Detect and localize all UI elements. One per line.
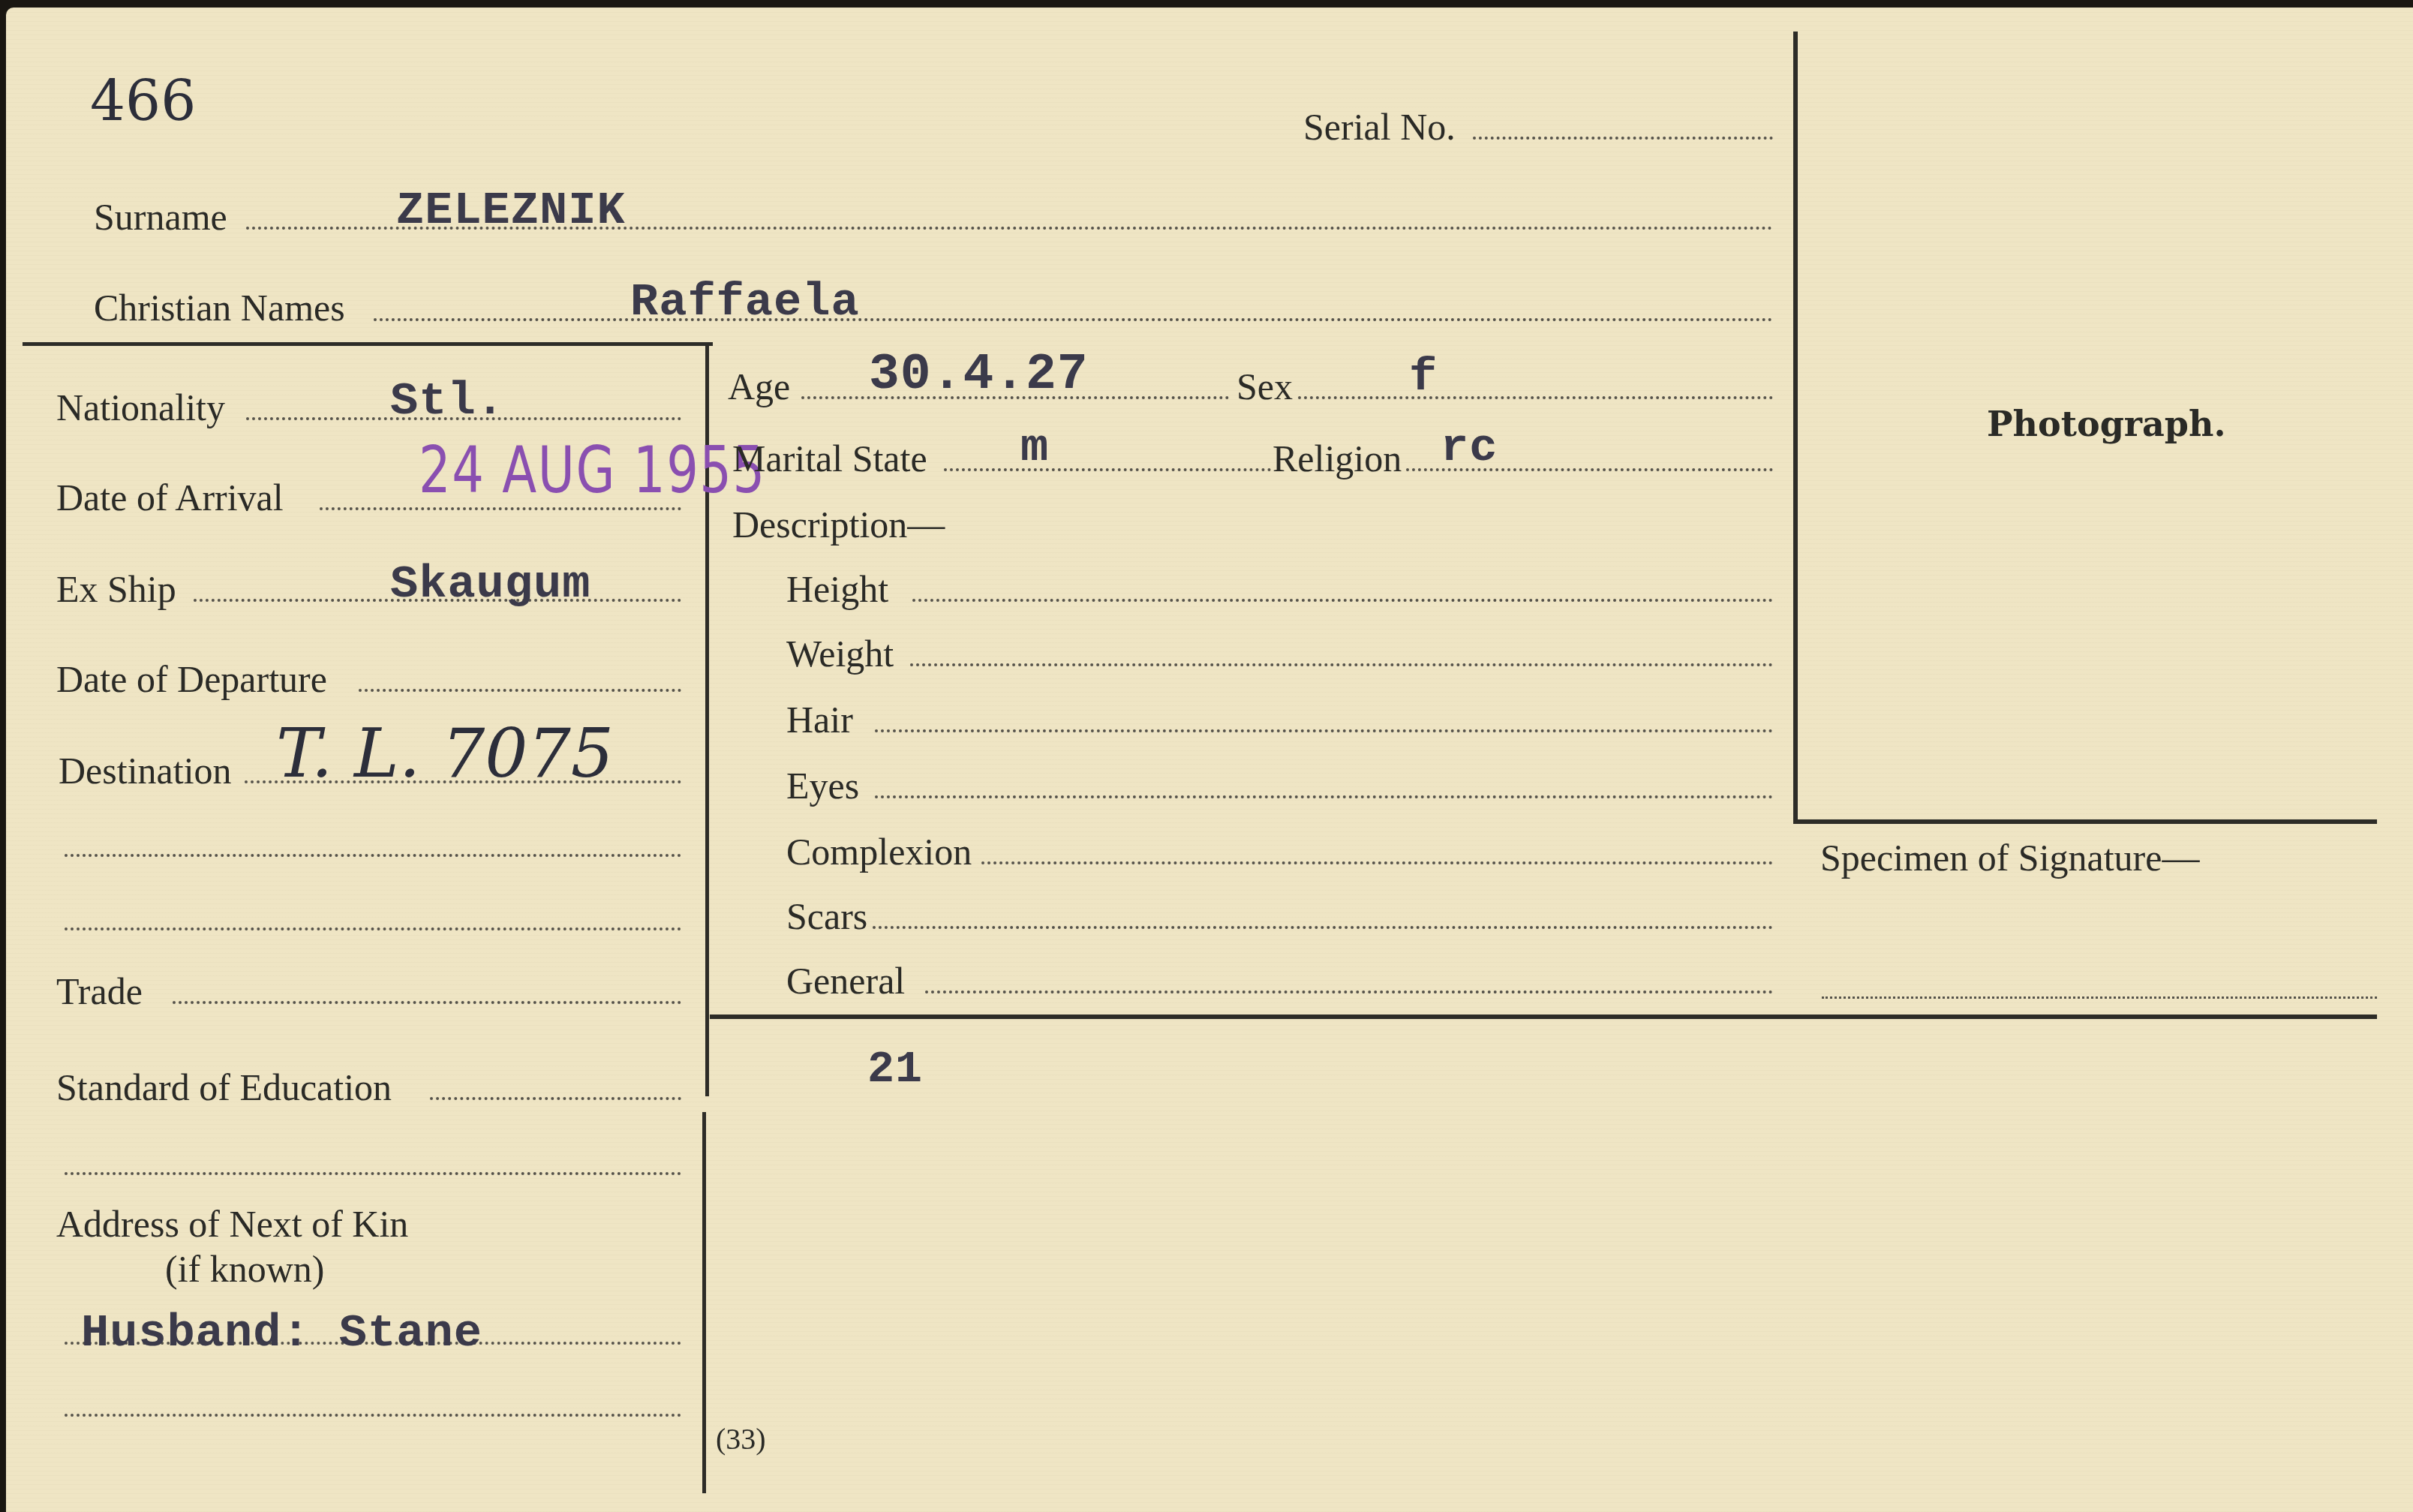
weight-field xyxy=(910,663,1773,666)
card-number: 466 xyxy=(90,74,196,129)
photo-box-bottom-rule xyxy=(1793,819,2377,824)
general-label: General xyxy=(786,962,905,999)
signature-label: Specimen of Signature— xyxy=(1820,839,2199,876)
sex-field xyxy=(1298,396,1773,399)
general-field xyxy=(925,990,1773,993)
eyes-field xyxy=(875,795,1773,798)
signature-field xyxy=(1822,996,2377,999)
next-of-kin-label: Address of Next of Kin xyxy=(56,1205,408,1243)
description-bottom-rule xyxy=(710,1015,2377,1019)
destination-extra-line-2 xyxy=(65,927,681,930)
serial-no-label: Serial No. xyxy=(1303,108,1456,146)
destination-label: Destination xyxy=(59,752,232,789)
ex-ship-label: Ex Ship xyxy=(56,570,176,608)
trade-label: Trade xyxy=(56,972,143,1010)
sex-value: f xyxy=(1409,354,1438,401)
scars-field xyxy=(873,926,1773,929)
age-value: 30.4.27 xyxy=(869,350,1089,401)
height-field xyxy=(912,599,1773,602)
hair-label: Hair xyxy=(786,701,853,738)
marital-state-label: Marital State xyxy=(732,440,927,477)
marital-state-value: m xyxy=(1020,425,1049,471)
arrival-date-stamp: 24 AUG 1955 xyxy=(419,438,766,503)
date-of-departure-field xyxy=(359,689,681,692)
christian-names-label: Christian Names xyxy=(94,289,345,326)
surname-label: Surname xyxy=(94,198,227,236)
religion-value: rc xyxy=(1441,425,1498,471)
scars-label: Scars xyxy=(786,897,867,935)
standard-of-education-field xyxy=(430,1097,681,1100)
registration-card: 466 Serial No. Surname ZELEZNIK Christia… xyxy=(6,8,2413,1512)
complexion-field xyxy=(981,861,1773,864)
ex-ship-value: Skaugum xyxy=(390,561,590,608)
date-of-arrival-label: Date of Arrival xyxy=(56,479,284,516)
next-of-kin-sublabel: (if known) xyxy=(165,1250,324,1288)
weight-label: Weight xyxy=(786,635,894,672)
trade-field xyxy=(173,1001,681,1004)
next-of-kin-extra-line xyxy=(65,1414,681,1417)
destination-value: T. L. 7075 xyxy=(276,720,614,788)
age-label: Age xyxy=(728,368,790,405)
sex-label: Sex xyxy=(1237,368,1293,405)
christian-names-value: Raffaela xyxy=(630,279,860,326)
education-extra-line xyxy=(65,1172,681,1175)
surname-value: ZELEZNIK xyxy=(396,188,626,234)
marital-state-field xyxy=(944,468,1271,471)
left-section-top-rule xyxy=(23,342,713,346)
left-section-right-rule-lower xyxy=(702,1112,706,1493)
nationality-label: Nationality xyxy=(56,389,225,426)
destination-extra-line-1 xyxy=(65,854,681,857)
description-heading: Description— xyxy=(732,506,945,543)
bottom-number: 21 xyxy=(867,1048,923,1093)
form-code: (33) xyxy=(716,1424,766,1454)
photograph-label: Photograph. xyxy=(1987,407,2225,441)
height-label: Height xyxy=(786,570,888,608)
serial-no-field xyxy=(1473,137,1773,140)
eyes-label: Eyes xyxy=(786,767,859,804)
date-of-departure-label: Date of Departure xyxy=(56,660,327,698)
next-of-kin-value: Husband: Stane xyxy=(81,1310,482,1357)
religion-label: Religion xyxy=(1273,440,1402,477)
hair-field xyxy=(875,729,1773,732)
nationality-value: Stl. xyxy=(390,378,505,425)
standard-of-education-label: Standard of Education xyxy=(56,1069,392,1106)
photo-box-left-rule xyxy=(1793,32,1798,823)
complexion-label: Complexion xyxy=(786,833,972,870)
christian-names-field xyxy=(374,318,1773,321)
